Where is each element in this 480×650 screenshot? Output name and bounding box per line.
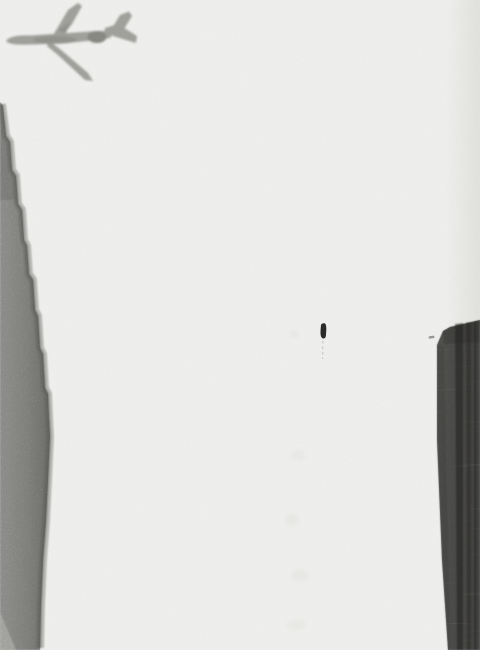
- photograph: A jet airliner flies overhead at top lef…: [0, 0, 480, 650]
- photo-canvas: A jet airliner flies overhead at top lef…: [0, 0, 480, 650]
- film-grain-overlay: [0, 0, 480, 650]
